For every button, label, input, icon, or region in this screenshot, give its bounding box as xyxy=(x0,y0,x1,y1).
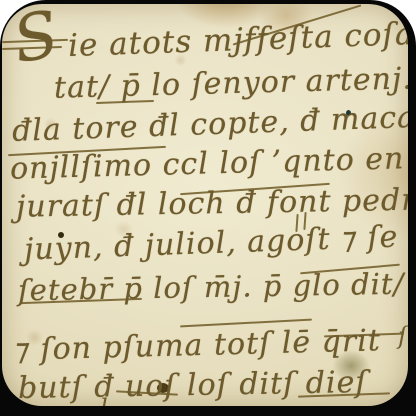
manuscript-photo: S ie atots mjffeſta coſa tat/ p̄ lo ſeny… xyxy=(0,0,416,416)
text-line: onjllſimo ccl loſ ’qnto en n xyxy=(10,140,408,186)
text-line: butſ đ uoſ loſ ditſ dieſ xyxy=(18,365,368,406)
text-line: juratſ đl loch đ font pedra xyxy=(16,182,408,224)
margin-mark: ſ xyxy=(398,322,407,350)
margin-mark: ſ xyxy=(396,384,405,406)
text-line: ⁊ ſon pſuma totſ lē q̄rit xyxy=(14,323,382,368)
text-line: ie atots mjffeſta coſa xyxy=(67,16,408,64)
parchment-page: S ie atots mjffeſta coſa tat/ p̄ lo ſeny… xyxy=(2,4,408,406)
text-line: đla tore đl copte, đ macalho xyxy=(12,98,408,149)
text-line: tat/ p̄ lo ſenyor artenj. xyxy=(54,61,408,105)
initial-capital: S xyxy=(9,4,63,73)
text-line: juyn, đ juliol, agoſt ⁊ ſe xyxy=(24,219,399,267)
text-line: ſetebr̄ p̄ loſ m̄j. p̄ glo dit/ xyxy=(18,267,405,308)
margin-mark: l xyxy=(100,394,108,406)
